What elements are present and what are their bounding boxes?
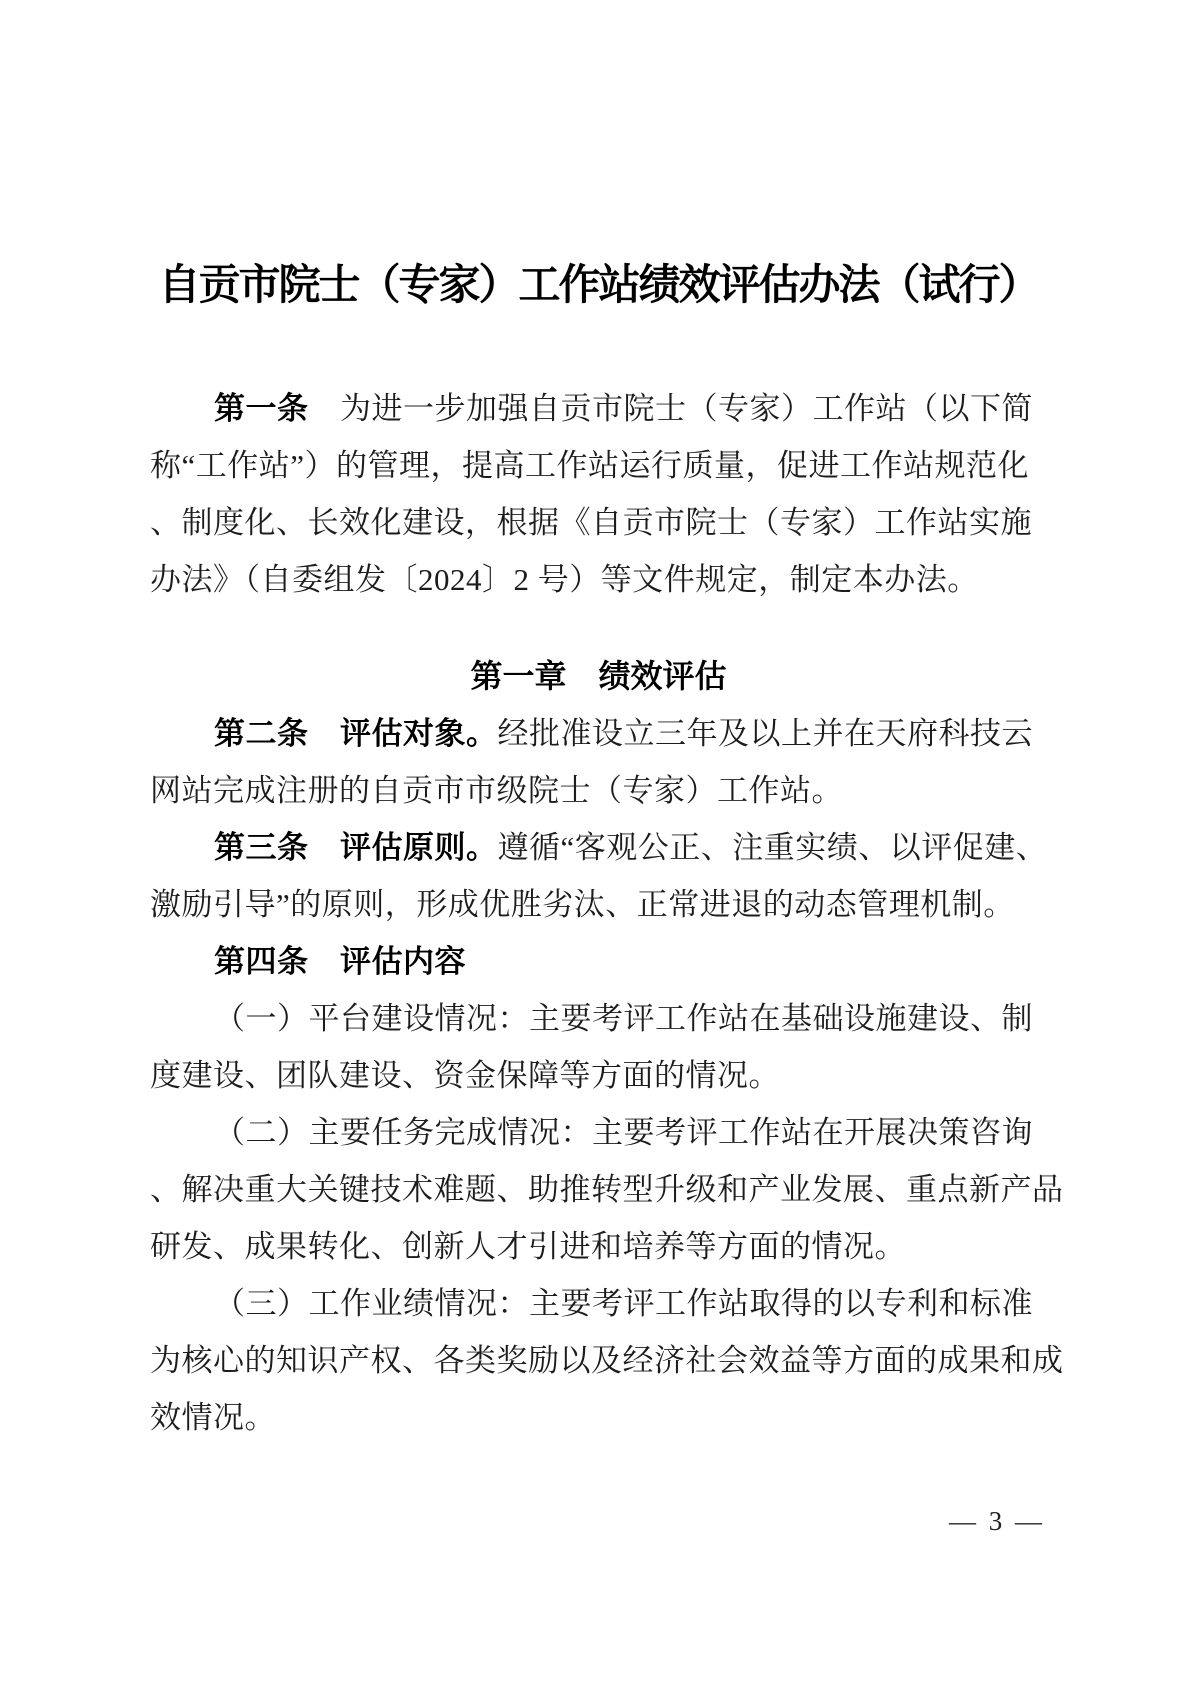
text-run: 、解决重大关键技术难题、助推转型升级和产业发展、重点新产品 [150, 1172, 1064, 1207]
text-run: 度建设、团队建设、资金保障等方面的情况。 [150, 1058, 780, 1093]
chapter-heading: 第一章 绩效评估 [150, 648, 1047, 705]
doc-line: 度建设、团队建设、资金保障等方面的情况。 [150, 1047, 1047, 1104]
text-run: （三）工作业绩情况：主要考评工作站取得的以专利和标准 [214, 1286, 1033, 1321]
text-run: 遵循“客观公正、注重实绩、以评促建、 [498, 830, 1048, 865]
page-number: — 3 — [949, 1506, 1045, 1537]
text-run: 研发、成果转化、创新人才引进和培养等方面的情况。 [150, 1229, 906, 1264]
doc-line: （一）平台建设情况：主要考评工作站在基础设施建设、制 [150, 990, 1047, 1047]
text-run: 办法》（自委组发〔2024〕2 号）等文件规定，制定本办法。 [150, 562, 979, 597]
doc-line: 第三条 评估原则。遵循“客观公正、注重实绩、以评促建、 [150, 819, 1047, 876]
doc-line: 称“工作站”）的管理，提高工作站运行质量，促进工作站规范化 [150, 437, 1047, 494]
doc-line: （二）主要任务完成情况：主要考评工作站在开展决策咨询 [150, 1104, 1047, 1161]
doc-line: （三）工作业绩情况：主要考评工作站取得的以专利和标准 [150, 1275, 1047, 1332]
text-run: 、制度化、长效化建设，根据《自贡市院士（专家）工作站实施 [150, 505, 1032, 540]
document-title: 自贡市院士（专家）工作站绩效评估办法（试行） [150, 262, 1047, 310]
text-run: 为核心的知识产权、各类奖励以及经济社会效益等方面的成果和成 [150, 1343, 1064, 1378]
doc-line: 第四条 评估内容 [150, 933, 1047, 990]
emphasis-run: 第三条 评估原则。 [214, 830, 498, 865]
text-run: 激励引导”的原则，形成优胜劣汰、正常进退的动态管理机制。 [150, 887, 1015, 922]
text-run: （二）主要任务完成情况：主要考评工作站在开展决策咨询 [214, 1115, 1033, 1150]
doc-line: 、解决重大关键技术难题、助推转型升级和产业发展、重点新产品 [150, 1161, 1047, 1218]
emphasis-run: 第一条 [214, 391, 309, 426]
doc-line: 办法》（自委组发〔2024〕2 号）等文件规定，制定本办法。 [150, 551, 1047, 608]
doc-line: 激励引导”的原则，形成优胜劣汰、正常进退的动态管理机制。 [150, 876, 1047, 933]
doc-line: 为核心的知识产权、各类奖励以及经济社会效益等方面的成果和成 [150, 1332, 1047, 1389]
doc-line: 效情况。 [150, 1389, 1047, 1446]
emphasis-run: 第四条 评估内容 [214, 944, 466, 979]
text-run: （一）平台建设情况：主要考评工作站在基础设施建设、制 [214, 1001, 1033, 1036]
doc-line: 、制度化、长效化建设，根据《自贡市院士（专家）工作站实施 [150, 494, 1047, 551]
doc-line: 研发、成果转化、创新人才引进和培养等方面的情况。 [150, 1218, 1047, 1275]
doc-line: 第一条 为进一步加强自贡市院士（专家）工作站（以下简 [150, 380, 1047, 437]
emphasis-run: 第二条 评估对象。 [214, 716, 498, 751]
text-run: 效情况。 [150, 1400, 276, 1435]
text-run: 经批准设立三年及以上并在天府科技云 [498, 716, 1034, 751]
text-run: 网站完成注册的自贡市市级院士（专家）工作站。 [150, 773, 843, 808]
doc-line: 第二条 评估对象。经批准设立三年及以上并在天府科技云 [150, 705, 1047, 762]
text-run: 称“工作站”）的管理，提高工作站运行质量，促进工作站规范化 [150, 448, 1029, 483]
doc-line: 网站完成注册的自贡市市级院士（专家）工作站。 [150, 762, 1047, 819]
document-body: 第一条 为进一步加强自贡市院士（专家）工作站（以下简称“工作站”）的管理，提高工… [150, 380, 1047, 1446]
text-run: 为进一步加强自贡市院士（专家）工作站（以下简 [309, 391, 1034, 426]
document-page: 自贡市院士（专家）工作站绩效评估办法（试行） 第一条 为进一步加强自贡市院士（专… [0, 0, 1190, 1684]
